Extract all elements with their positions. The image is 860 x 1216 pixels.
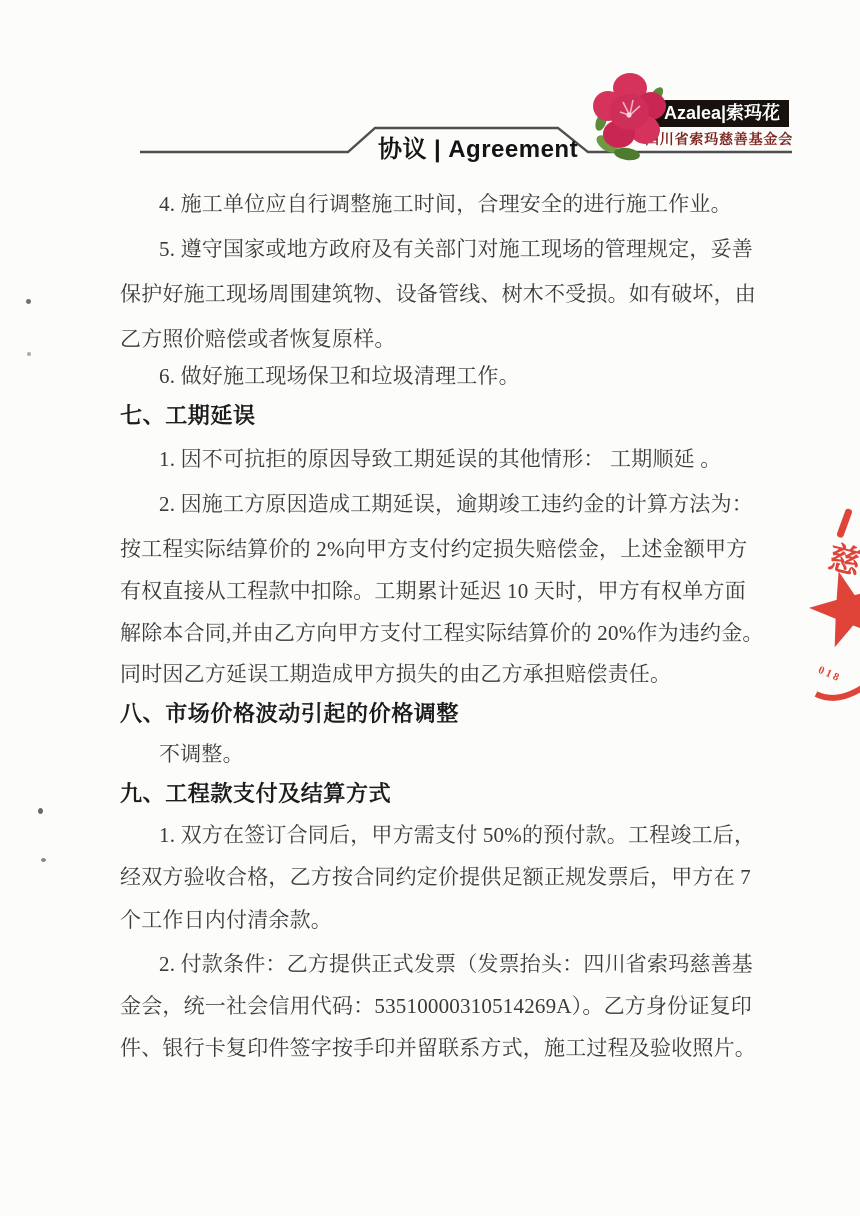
clause-line: 按工程实际结算价的 2%向甲方支付约定损失赔偿金，上述金额甲方 [120, 533, 768, 563]
clause-line: 保护好施工现场周围建筑物、设备管线、树木不受损。如有破坏，由 [120, 278, 768, 308]
scan-speck [38, 808, 43, 814]
banner-title-zh: 协议 [378, 136, 427, 163]
seal-digits: 018 [816, 664, 843, 685]
clause-line: 个工作日内付清余款。 [120, 904, 768, 934]
clause-line: 6. 做好施工现场保卫和垃圾清理工作。 [120, 360, 807, 390]
clause-line: 解除本合同,并由乙方向甲方支付工程实际结算价的 20%作为违约金。 [120, 617, 768, 647]
clause-line: 5. 遵守国家或地方政府及有关部门对施工现场的管理规定，妥善 [120, 233, 807, 263]
scan-speck [41, 858, 46, 862]
scanned-agreement-page: { "header": { "banner": { "title_zh": "协… [0, 0, 860, 1216]
clause-line: 同时因乙方延误工期造成甲方损失的由乙方承担赔偿责任。 [120, 658, 768, 688]
banner-title: 协议|Agreement [378, 129, 574, 164]
clause-line: 不调整。 [120, 738, 807, 768]
clause-line: 2. 付款条件：乙方提供正式发票（发票抬头：四川省索玛慈善基 [120, 948, 807, 978]
clause-line: 乙方照价赔偿或者恢复原样。 [120, 323, 768, 353]
banner-title-separator: | [434, 136, 441, 163]
clause-line: 2. 因施工方原因造成工期延误，逾期竣工违约金的计算方法为： [120, 488, 807, 518]
clause-line: 1. 双方在签订合同后，甲方需支付 50%的预付款。工程竣工后， [120, 819, 807, 849]
clause-line: 件、银行卡复印件签字按手印并留联系方式，施工过程及验收照片。 [120, 1032, 768, 1062]
seal-star-icon [809, 571, 860, 647]
red-official-seal-fragment: 慈 018 [804, 502, 860, 708]
clause-line: 4. 施工单位应自行调整施工时间，合理安全的进行施工作业。 [120, 188, 807, 218]
azalea-flower-icon [593, 70, 673, 162]
clause-line: 1. 因不可抗拒的原因导致工期延误的其他情形： 工期顺延 。 [120, 443, 807, 473]
section-heading-7: 七、工期延误 [120, 399, 768, 430]
logo-brand-text: Azalea|索玛花 [664, 103, 780, 123]
banner-title-en: Agreement [448, 136, 578, 163]
clause-line: 经双方验收合格，乙方按合同约定价提供足额正规发票后，甲方在 7 [120, 861, 768, 891]
section-heading-9: 九、工程款支付及结算方式 [120, 777, 768, 808]
seal-character: 慈 [825, 539, 860, 582]
clause-line: 金会，统一社会信用代码：53510000310514269A）。乙方身份证复印 [120, 990, 768, 1020]
scan-speck [27, 352, 31, 356]
section-heading-8: 八、市场价格波动引起的价格调整 [120, 697, 768, 728]
logo-brand-box: Azalea|索玛花 [655, 100, 789, 127]
scan-speck [26, 299, 31, 304]
clause-line: 有权直接从工程款中扣除。工期累计延迟 10 天时，甲方有权单方面 [120, 575, 768, 605]
